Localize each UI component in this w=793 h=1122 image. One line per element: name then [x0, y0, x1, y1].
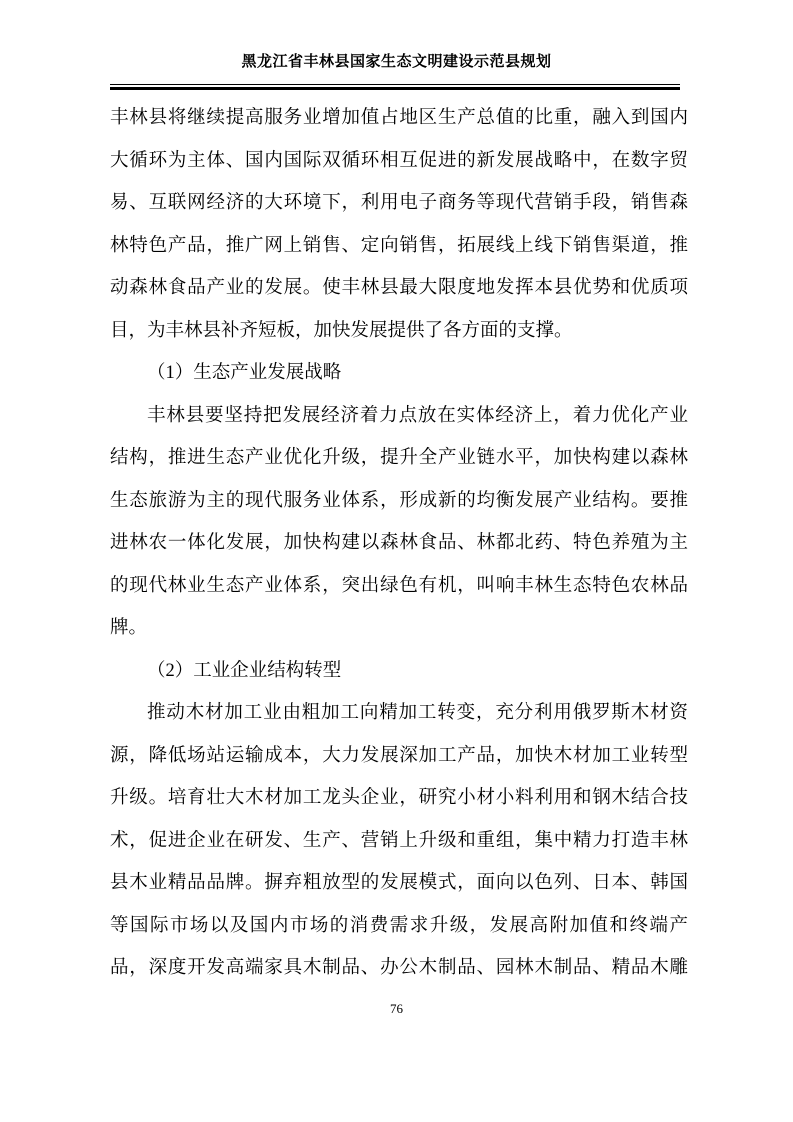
body-line: 源，降低场站运输成本，大力发展深加工产品，加快木材加工业转型 [110, 735, 688, 778]
document-page: 黑龙江省丰林县国家生态文明建设示范县规划 丰林县将继续提高服务业增加值占地区生产… [0, 0, 793, 1122]
document-body: 丰林县将继续提高服务业增加值占地区生产总值的比重，融入到国内 大循环为主体、国内… [110, 97, 688, 990]
body-line: 大循环为主体、国内国际双循环相互促进的新发展战略中，在数字贸 [110, 140, 688, 183]
body-line: 进林农一体化发展，加快构建以森林食品、林都北药、特色养殖为主 [110, 522, 688, 565]
body-line: 结构，推进生态产业优化升级，提升全产业链水平，加快构建以森林 [110, 437, 688, 480]
body-line: 易、互联网经济的大环境下，利用电子商务等现代营销手段，销售森 [110, 182, 688, 225]
header-title: 黑龙江省丰林县国家生态文明建设示范县规划 [0, 50, 793, 71]
body-line: 丰林县将继续提高服务业增加值占地区生产总值的比重，融入到国内 [110, 97, 688, 140]
body-line: 品，深度开发高端家具木制品、办公木制品、园林木制品、精品木雕 [110, 947, 688, 990]
body-line: 生态旅游为主的现代服务业体系，形成新的均衡发展产业结构。要推 [110, 480, 688, 523]
body-line: 动森林食品产业的发展。使丰林县最大限度地发挥本县优势和优质项 [110, 267, 688, 310]
body-line: 牌。 [110, 607, 688, 650]
page-number: 76 [0, 1001, 793, 1017]
body-line: 推动木材加工业由粗加工向精加工转变，充分利用俄罗斯木材资 [110, 692, 688, 735]
header-rule-divider [110, 84, 680, 90]
body-line: 县木业精品品牌。摒弃粗放型的发展模式，面向以色列、日本、韩国 [110, 862, 688, 905]
section-heading-2: （2）工业企业结构转型 [110, 650, 688, 693]
body-line: 升级。培育壮大木材加工龙头企业，研究小材小料利用和钢木结合技 [110, 777, 688, 820]
body-line: 林特色产品，推广网上销售、定向销售，拓展线上线下销售渠道，推 [110, 225, 688, 268]
section-heading-1: （1）生态产业发展战略 [110, 352, 688, 395]
body-line: 等国际市场以及国内市场的消费需求升级，发展高附加值和终端产 [110, 905, 688, 948]
body-line: 丰林县要坚持把发展经济着力点放在实体经济上，着力优化产业 [110, 395, 688, 438]
body-line: 的现代林业生态产业体系，突出绿色有机，叫响丰林生态特色农林品 [110, 565, 688, 608]
body-line: 目，为丰林县补齐短板，加快发展提供了各方面的支撑。 [110, 310, 688, 353]
body-line: 术，促进企业在研发、生产、营销上升级和重组，集中精力打造丰林 [110, 820, 688, 863]
